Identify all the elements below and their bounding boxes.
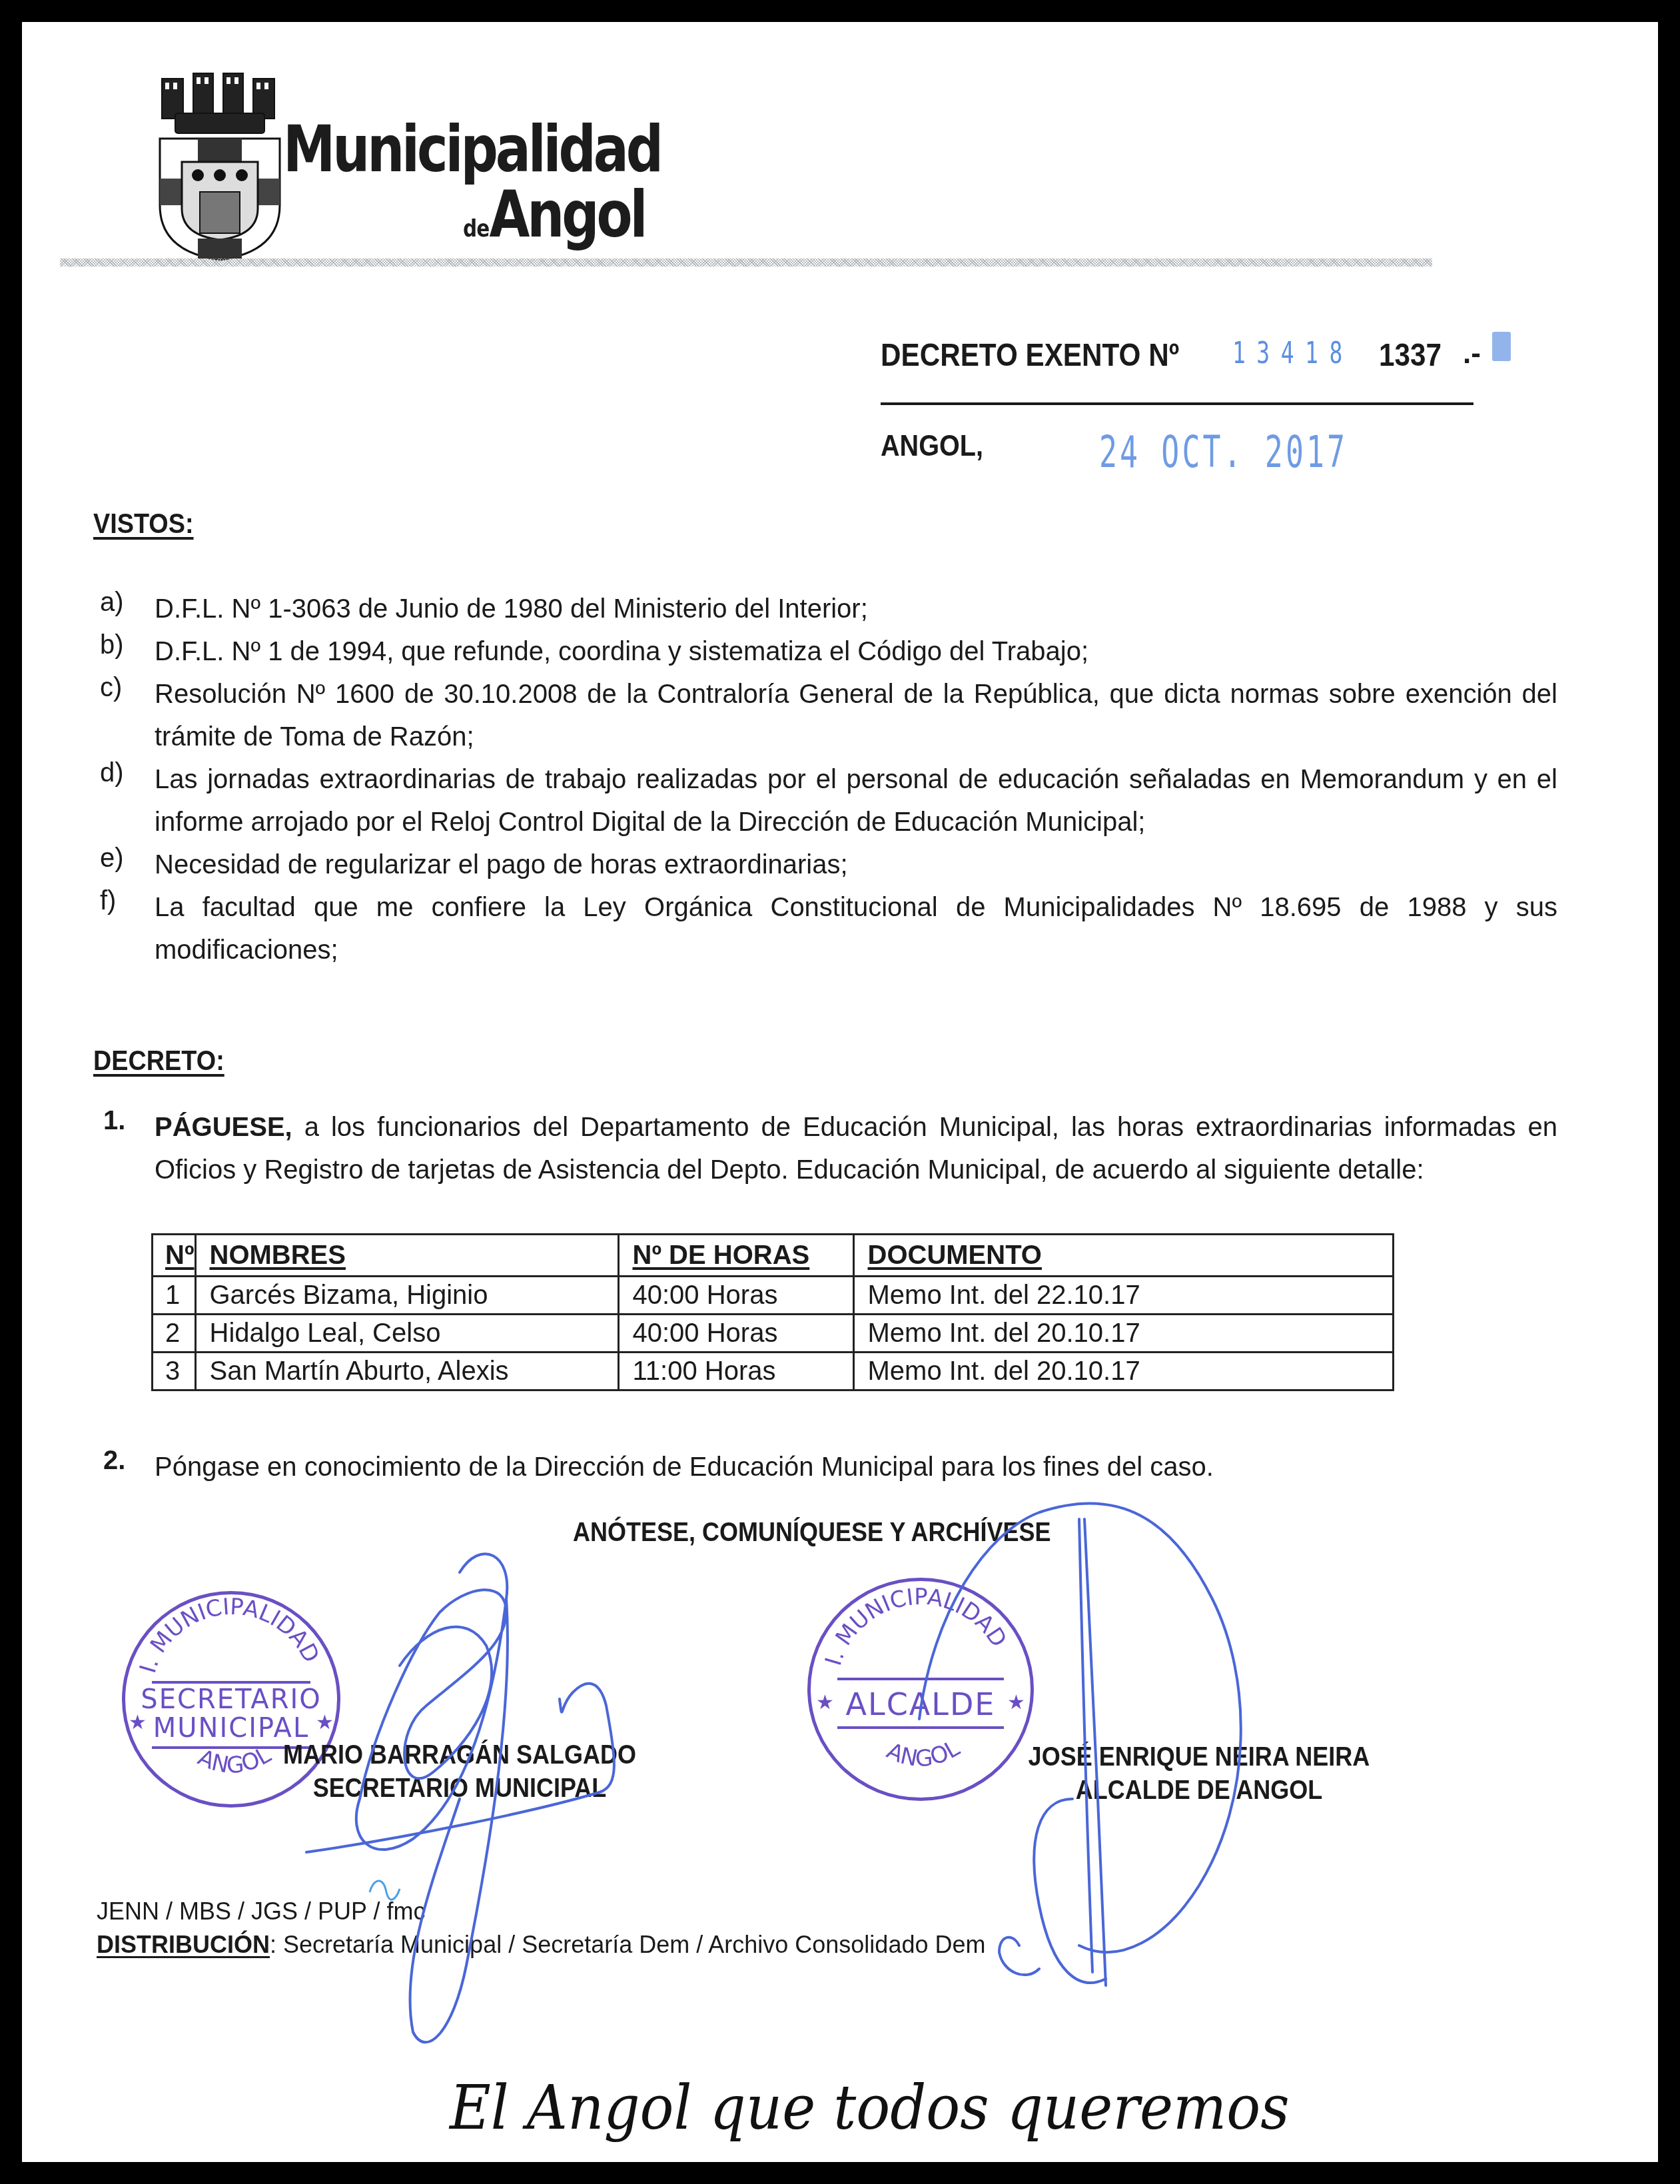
list-item-letter: c)	[100, 673, 122, 703]
col-header-number: Nº	[153, 1235, 196, 1277]
col-header-document: DOCUMENTO	[853, 1235, 1394, 1277]
left-signatory-name: MARIO BARRAGÁN SALGADO	[283, 1740, 637, 1770]
point-number: 1.	[103, 1106, 125, 1136]
table-row: 2 Hidalgo Leal, Celso 40:00 Horas Memo I…	[153, 1315, 1394, 1353]
cell-document: Memo Int. del 22.10.17	[853, 1277, 1394, 1315]
stamped-number: 13418	[1232, 336, 1354, 370]
col-header-hours: Nº DE HORAS	[618, 1235, 853, 1277]
list-item: D.F.L. Nº 1-3063 de Junio de 1980 del Mi…	[155, 588, 1557, 630]
brand-logo: Municipalidad deAngol	[283, 119, 743, 180]
decree-trailing: .-	[1463, 337, 1481, 370]
printed-number: 1337	[1379, 337, 1442, 374]
right-signatory-role: ALCALDE DE ANGOL	[1025, 1776, 1373, 1806]
closing-formula: ANÓTESE, COMUNÍQUESE Y ARCHÍVESE	[573, 1518, 1050, 1548]
point1-lead: PÁGUESE,	[155, 1113, 292, 1142]
star-icon: ★	[1007, 1691, 1025, 1714]
seal-title-2: MUNICIPAL	[125, 1713, 337, 1744]
header-divider	[60, 259, 1432, 267]
cell-number: 2	[153, 1315, 196, 1353]
table-header-row: Nº NOMBRES Nº DE HORAS DOCUMENTO	[153, 1235, 1394, 1277]
point2-paragraph: Póngase en conocimiento de la Dirección …	[155, 1446, 1214, 1488]
seal-alcalde: I. MUNICIPALIDAD ANGOL ALCALDE ★ ★	[807, 1578, 1034, 1801]
vistos-title: VISTOS:	[93, 508, 194, 540]
coat-of-arms-icon	[157, 72, 283, 262]
col-header-names: NOMBRES	[195, 1235, 618, 1277]
place-label: ANGOL,	[881, 430, 983, 463]
cell-number: 3	[153, 1353, 196, 1390]
seal-title-1: ALCALDE	[811, 1686, 1031, 1722]
cell-number: 1	[153, 1277, 196, 1315]
right-signatory-name: JOSÉ ENRIQUE NEIRA NEIRA	[1025, 1742, 1373, 1772]
list-item-letter: b)	[100, 630, 124, 660]
list-item: D.F.L. Nº 1 de 1994, que refunde, coordi…	[155, 630, 1557, 673]
list-item-letter: d)	[100, 758, 124, 788]
list-item-letter: e)	[100, 843, 124, 873]
footer-motto: El Angol que todos queremos	[450, 2072, 1290, 2143]
brand-line2: Angol	[490, 177, 645, 252]
list-item-letter: f)	[100, 886, 116, 916]
point1-text: a los funcionarios del Departamento de E…	[155, 1113, 1557, 1185]
reference-initials: JENN / MBS / JGS / PUP / fmc	[97, 1898, 425, 1925]
distribution-label: DISTRIBUCIÓN	[97, 1931, 270, 1958]
table-row: 1 Garcés Bizama, Higinio 40:00 Horas Mem…	[153, 1277, 1394, 1315]
cell-document: Memo Int. del 20.10.17	[853, 1353, 1394, 1390]
svg-text:ANGOL: ANGOL	[883, 1735, 964, 1772]
distribution-text: : Secretaría Municipal / Secretaría Dem …	[270, 1931, 985, 1958]
list-item: Resolución Nº 1600 de 30.10.2008 de la C…	[155, 673, 1557, 758]
cell-document: Memo Int. del 20.10.17	[853, 1315, 1394, 1353]
brand-line1: Municipalidad	[283, 119, 661, 180]
list-item-letter: a)	[100, 588, 124, 618]
distribution-line: DISTRIBUCIÓN: Secretaría Municipal / Sec…	[97, 1931, 985, 1959]
stamp-mark-icon	[1492, 332, 1511, 361]
star-icon: ★	[816, 1691, 834, 1714]
cell-hours: 40:00 Horas	[618, 1315, 853, 1353]
star-icon: ★	[316, 1711, 334, 1734]
svg-text:I. MUNICIPALIDAD: I. MUNICIPALIDAD	[820, 1584, 1012, 1669]
table-row: 3 San Martín Aburto, Alexis 11:00 Horas …	[153, 1353, 1394, 1390]
decree-label: DECRETO EXENTO Nº	[881, 337, 1179, 374]
left-signatory-role: SECRETARIO MUNICIPAL	[283, 1774, 637, 1804]
decree-rule	[881, 402, 1473, 405]
cell-name: Garcés Bizama, Higinio	[195, 1277, 618, 1315]
point1-paragraph: PÁGUESE, a los funcionarios del Departam…	[155, 1106, 1557, 1191]
svg-text:I. MUNICIPALIDAD: I. MUNICIPALIDAD	[135, 1594, 324, 1676]
cell-hours: 11:00 Horas	[618, 1353, 853, 1390]
overtime-table: Nº NOMBRES Nº DE HORAS DOCUMENTO 1 Garcé…	[151, 1233, 1394, 1391]
point-number: 2.	[103, 1446, 125, 1476]
cell-hours: 40:00 Horas	[618, 1277, 853, 1315]
list-item: La facultad que me confiere la Ley Orgán…	[155, 886, 1557, 971]
decreto-title: DECRETO:	[93, 1045, 224, 1077]
list-item: Las jornadas extraordinarias de trabajo …	[155, 758, 1557, 843]
cell-name: Hidalgo Leal, Celso	[195, 1315, 618, 1353]
seal-title-1: SECRETARIO	[125, 1684, 337, 1715]
cell-name: San Martín Aburto, Alexis	[195, 1353, 618, 1390]
date-stamp: 24 OCT. 2017	[1099, 426, 1348, 478]
brand-de: de	[463, 215, 490, 243]
list-item: Necesidad de regularizar el pago de hora…	[155, 843, 1557, 886]
star-icon: ★	[129, 1711, 147, 1734]
